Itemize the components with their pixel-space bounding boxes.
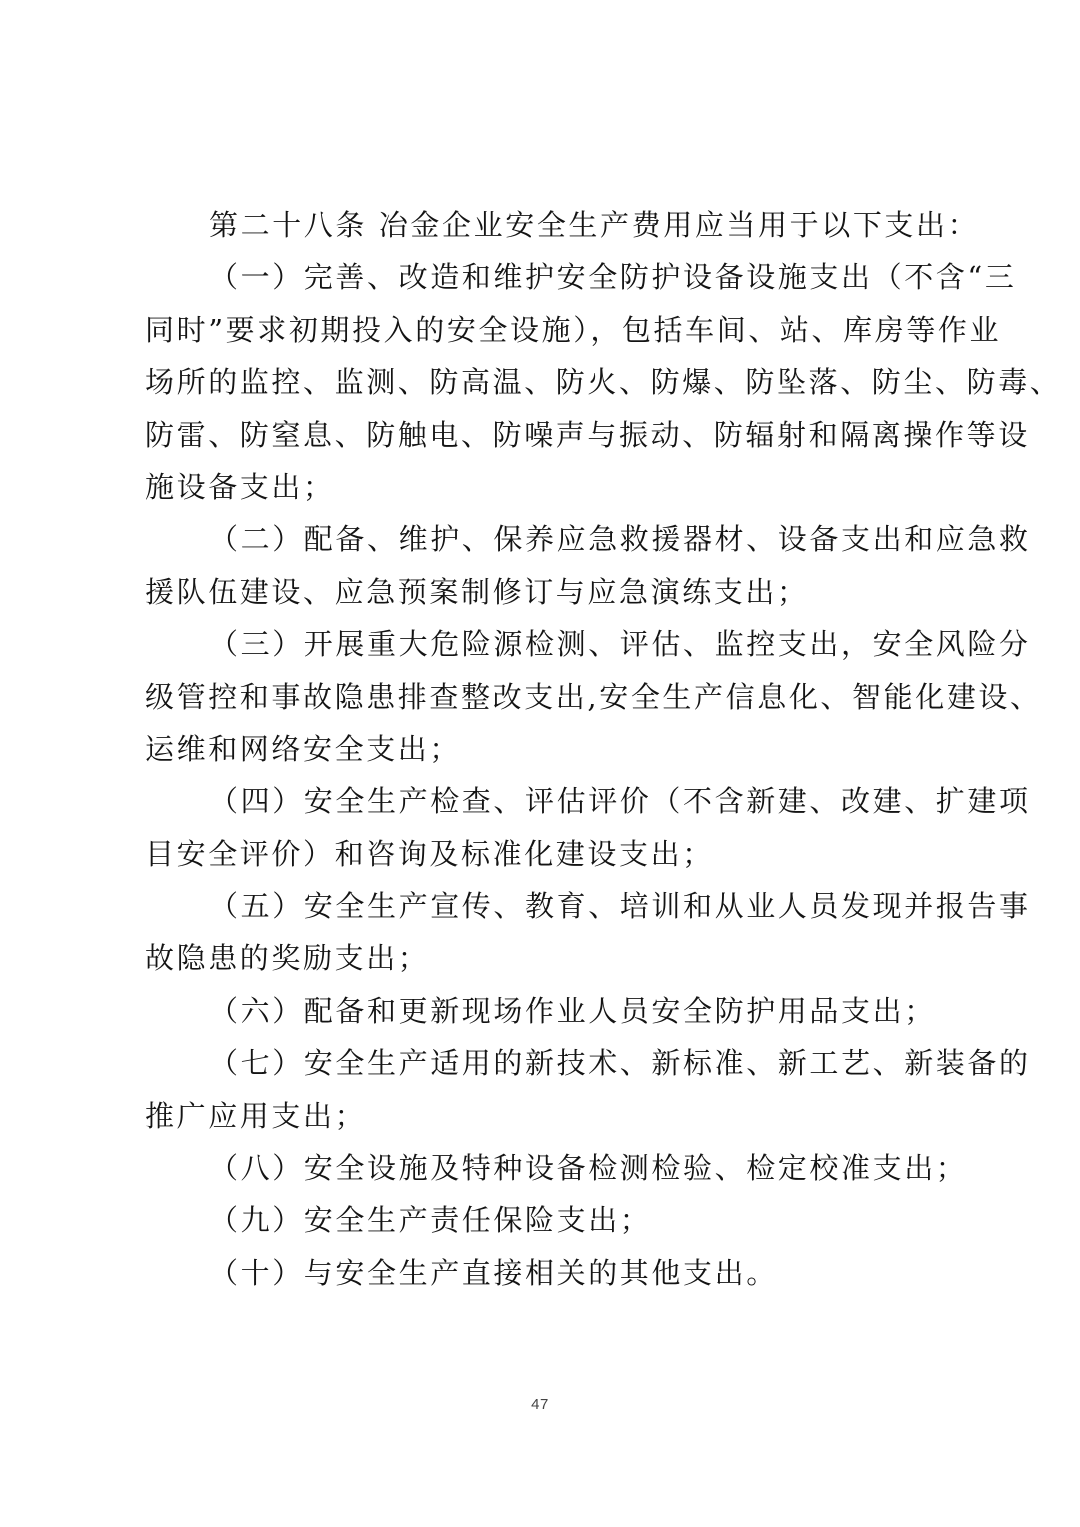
clause-6: （六）配备和更新现场作业人员安全防护用品支出； <box>145 985 950 1037</box>
clause-10: （十）与安全生产直接相关的其他支出。 <box>145 1247 950 1299</box>
clause-7-line-1: （七）安全生产适用的新技术、新标准、新工艺、新装备的 <box>145 1037 950 1089</box>
clause-1-line-2: 同时”要求初期投入的安全设施），包括车间、站、库房等作业 <box>145 304 950 356</box>
clause-3-line-3: 运维和网络安全支出； <box>145 723 950 775</box>
clause-1-line-1: （一）完善、改造和维护安全防护设备设施支出（不含“三 <box>145 251 950 303</box>
clause-9: （九）安全生产责任保险支出； <box>145 1194 950 1246</box>
clause-3-line-1: （三）开展重大危险源检测、评估、监控支出，安全风险分 <box>145 618 950 670</box>
clause-1-line-3: 场所的监控、监测、防高温、防火、防爆、防坠落、防尘、防毒、 <box>145 356 950 408</box>
clause-1-line-4: 防雷、防窒息、防触电、防噪声与振动、防辐射和隔离操作等设 <box>145 409 950 461</box>
clause-4-line-2: 目安全评价）和咨询及标准化建设支出； <box>145 828 950 880</box>
clause-8: （八）安全设施及特种设备检测检验、检定校准支出； <box>145 1142 950 1194</box>
article-heading: 第二十八条 冶金企业安全生产费用应当用于以下支出： <box>145 199 950 251</box>
clause-1-line-5: 施设备支出； <box>145 461 950 513</box>
page-number: 47 <box>0 1396 1080 1413</box>
clause-2-line-1: （二）配备、维护、保养应急救援器材、设备支出和应急救 <box>145 513 950 565</box>
clause-2-line-2: 援队伍建设、应急预案制修订与应急演练支出； <box>145 566 950 618</box>
clause-4-line-1: （四）安全生产检查、评估评价（不含新建、改建、扩建项 <box>145 775 950 827</box>
clause-5-line-1: （五）安全生产宣传、教育、培训和从业人员发现并报告事 <box>145 880 950 932</box>
article-body: 第二十八条 冶金企业安全生产费用应当用于以下支出： （一）完善、改造和维护安全防… <box>145 199 950 1299</box>
clause-3-line-2: 级管控和事故隐患排查整改支出,安全生产信息化、智能化建设、 <box>145 671 950 723</box>
clause-5-line-2: 故隐患的奖励支出； <box>145 932 950 984</box>
document-page: 第二十八条 冶金企业安全生产费用应当用于以下支出： （一）完善、改造和维护安全防… <box>0 0 1080 1527</box>
clause-7-line-2: 推广应用支出； <box>145 1090 950 1142</box>
